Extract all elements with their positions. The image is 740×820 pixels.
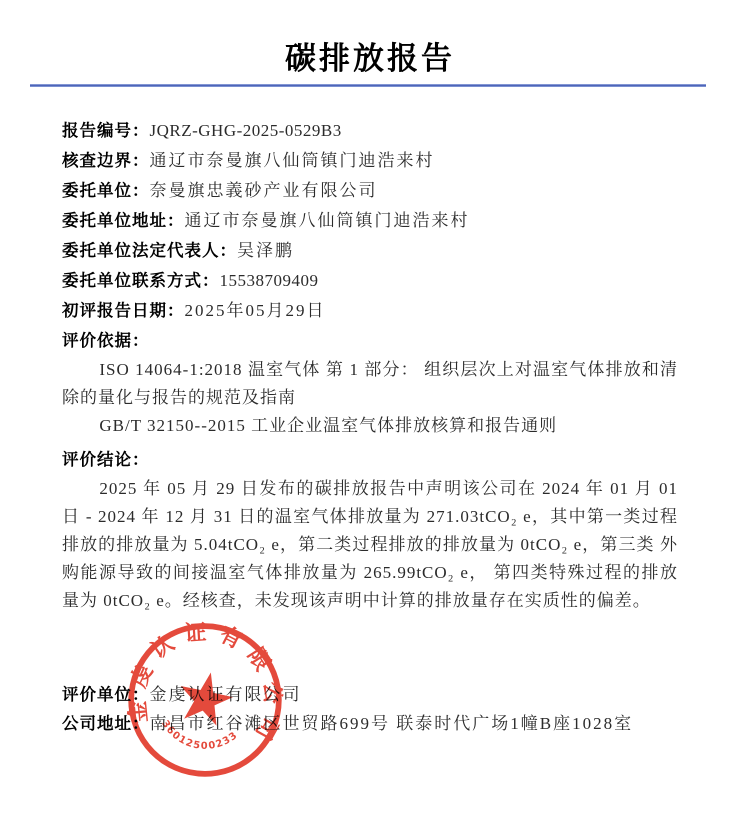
field-report-number: 报告编号：JQRZ-GHG-2025-0529B3 [62,116,678,146]
basis-section: 评价依据： [62,326,678,356]
field-label: 初评报告日期： [62,302,185,320]
page-title: 碳排放报告 [0,33,740,78]
title-divider-line [30,84,706,87]
field-legal-representative: 委托单位法定代表人：吴泽鹏 [62,236,678,266]
field-value: 2025年05月29日 [185,301,326,320]
basis-label: 评价依据： [62,332,150,350]
seal-star-icon [174,667,237,728]
conclusion-label: 评价结论： [62,451,150,469]
report-body: 报告编号：JQRZ-GHG-2025-0529B3 核查边界：通辽市奈曼旗八仙筒… [62,116,678,615]
field-value: 吴泽鹏 [237,241,294,260]
basis-item-iso: ISO 14064-1:2018 温室气体 第 1 部分： 组织层次上对温室气体… [62,356,678,412]
field-label: 报告编号： [62,122,150,140]
field-value: 通辽市奈曼旗八仙筒镇门迪浩来村 [185,211,470,230]
conclusion-section: 评价结论： [62,445,678,475]
field-label: 委托单位： [62,182,150,200]
field-contact-phone: 委托单位联系方式：15538709409 [62,266,678,296]
field-verification-boundary: 核查边界：通辽市奈曼旗八仙筒镇门迪浩来村 [62,146,678,176]
field-label: 委托单位法定代表人： [62,242,237,260]
field-value: 15538709409 [220,271,319,290]
field-label: 委托单位地址： [62,212,185,230]
field-label: 核查边界： [62,152,150,170]
field-label: 委托单位联系方式： [62,272,220,290]
field-client-unit: 委托单位：奈曼旗忠義砂产业有限公司 [62,176,678,206]
field-value: JQRZ-GHG-2025-0529B3 [150,121,342,140]
field-client-address: 委托单位地址：通辽市奈曼旗八仙筒镇门迪浩来村 [62,206,678,236]
field-value: 奈曼旗忠義砂产业有限公司 [150,181,378,200]
company-seal-stamp: 金虔认证有限公司 3601250023393 [82,577,329,820]
field-initial-report-date: 初评报告日期：2025年05月29日 [62,296,678,326]
basis-item-gbt: GB/T 32150--2015 工业企业温室气体排放核算和报告通则 [62,412,678,440]
field-value: 通辽市奈曼旗八仙筒镇门迪浩来村 [150,151,435,170]
